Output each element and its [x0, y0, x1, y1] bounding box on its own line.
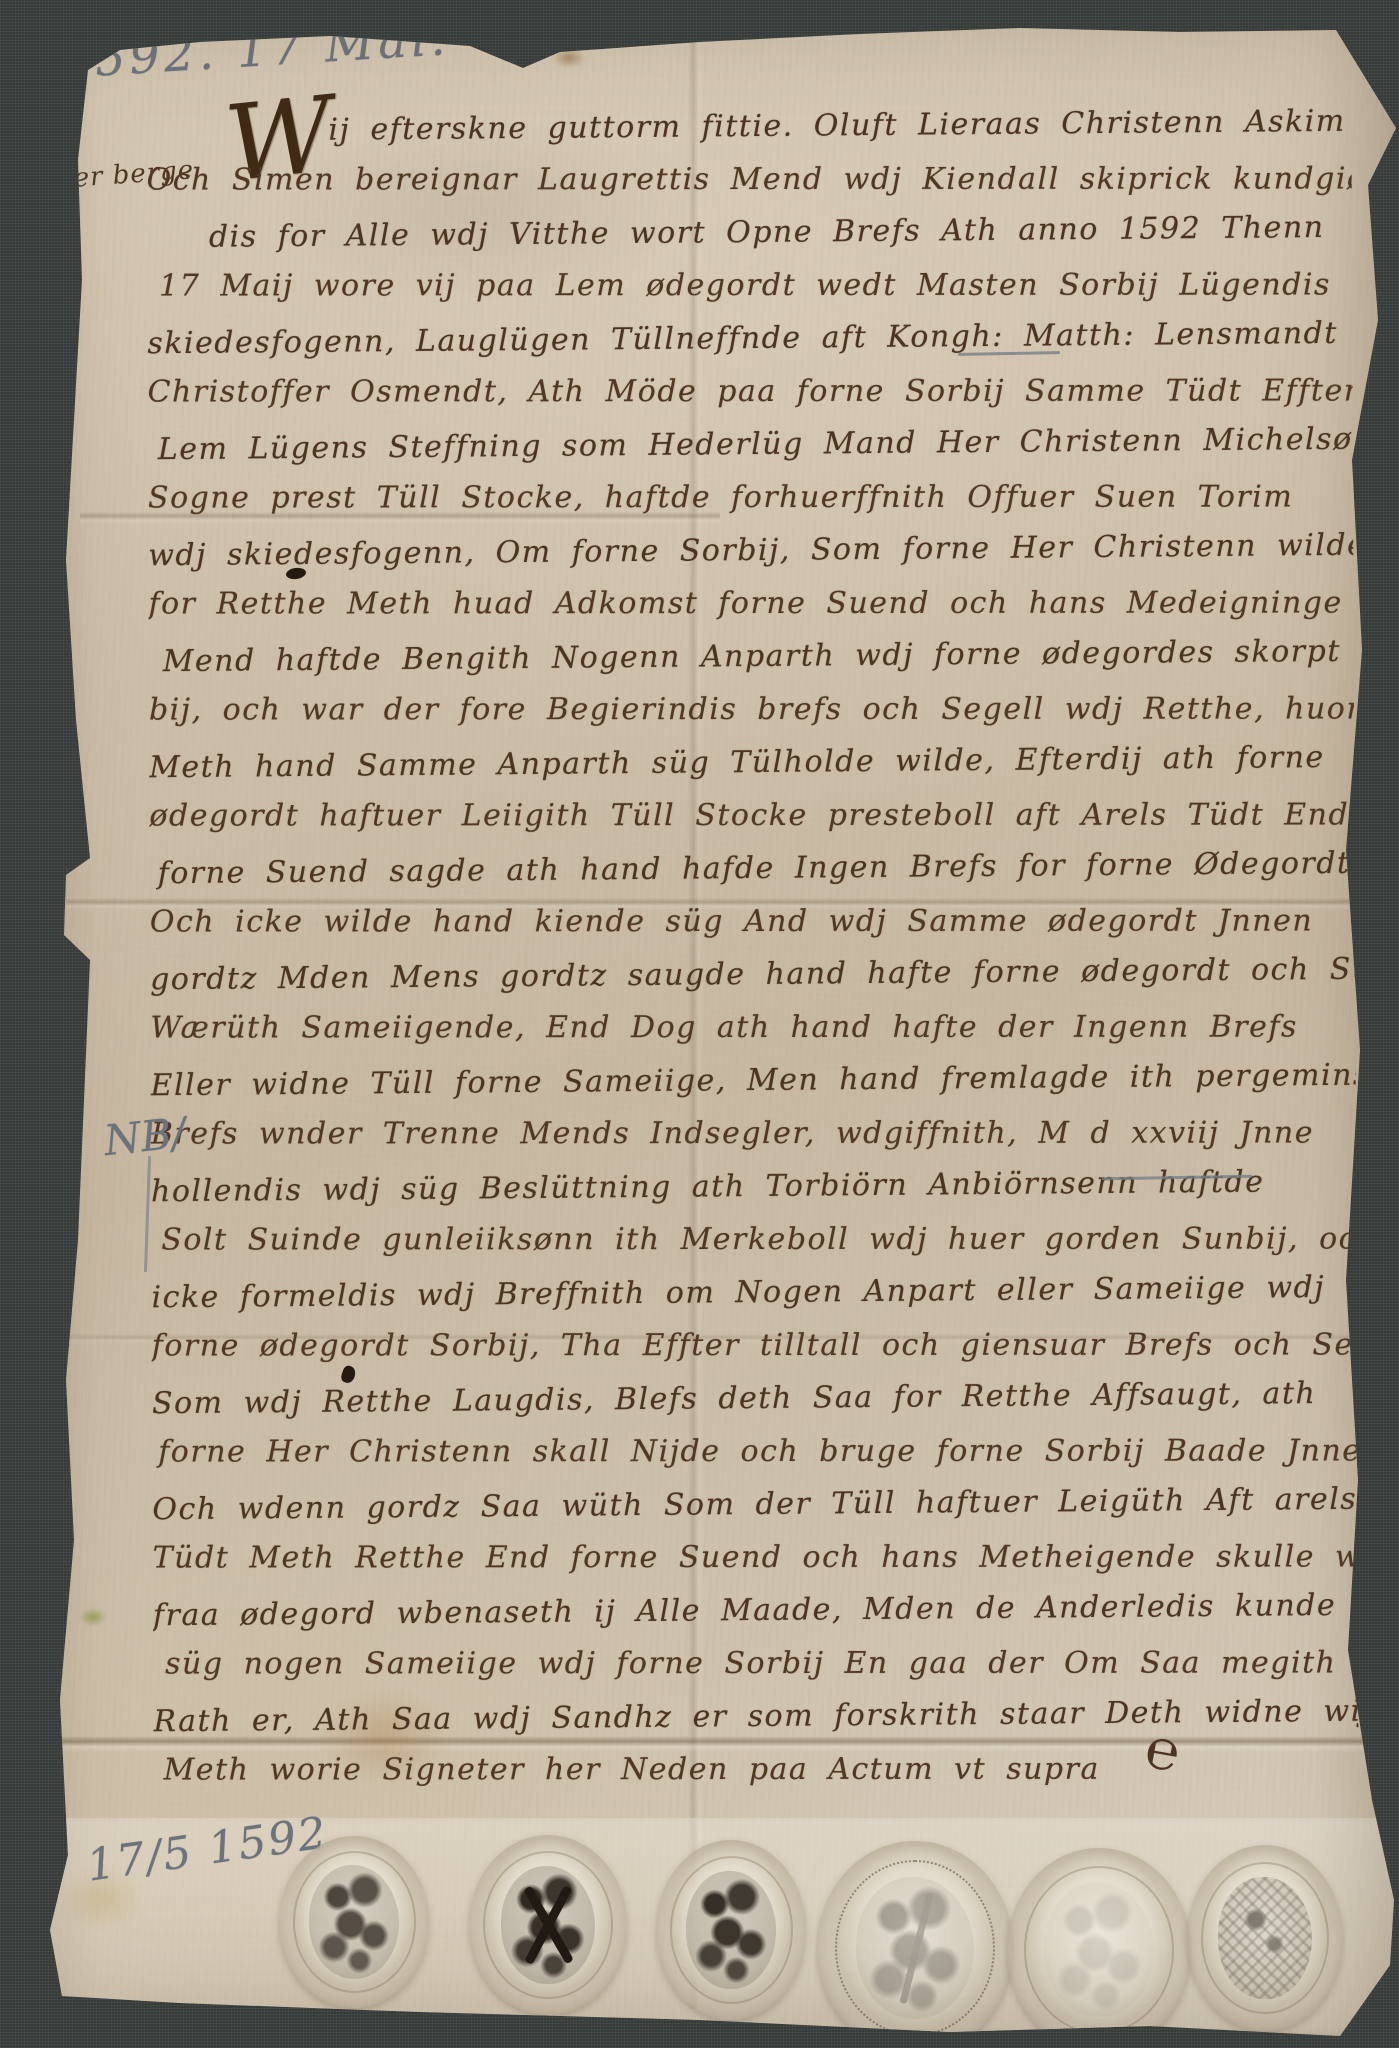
photo-vignette — [0, 0, 1399, 2048]
manuscript-paper: 1592. 17 Mai. W per berge ij efterskne g… — [0, 0, 1399, 2048]
photograph-background: 1592. 17 Mai. W per berge ij efterskne g… — [0, 0, 1399, 2048]
